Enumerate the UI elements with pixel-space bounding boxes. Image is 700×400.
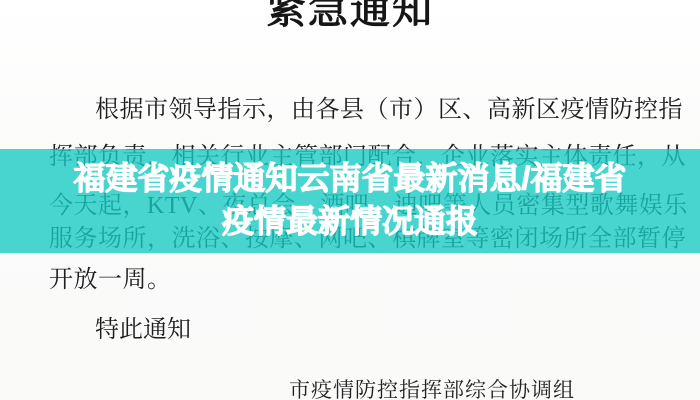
notice-body-line-5: 开放一周。 xyxy=(49,266,172,294)
notice-heading: 紧急通知 xyxy=(0,0,700,32)
overlay-title-line2: 疫情最新情况通报 xyxy=(0,200,700,242)
title-overlay-banner: 福建省疫情通知云南省最新消息/福建省 疫情最新情况通报 xyxy=(0,149,700,253)
overlay-title-line1: 福建省疫情通知云南省最新消息/福建省 xyxy=(0,157,700,199)
notice-document: 紧急通知 根据市领导指示，由各县（市）区、高新区疫情防控指 挥部负责，相关行业主… xyxy=(0,0,700,400)
notice-signature: 市疫情防控指挥部综合协调组 xyxy=(289,374,575,400)
notice-body-line-1: 根据市领导指示，由各县（市）区、高新区疫情防控指 xyxy=(95,96,683,124)
notice-closing: 特此通知 xyxy=(95,309,191,344)
